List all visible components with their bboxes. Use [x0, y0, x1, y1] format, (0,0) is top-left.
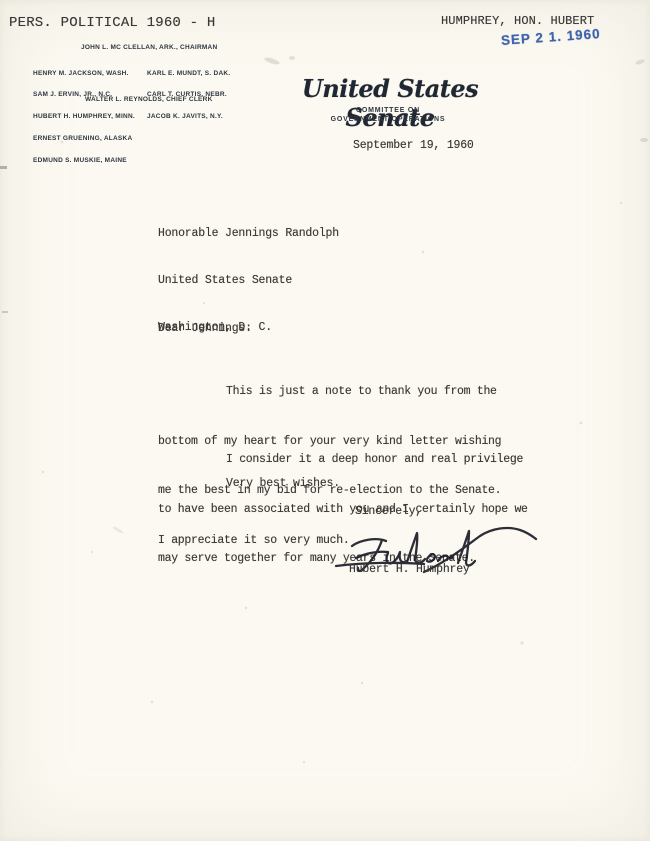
received-date-stamp: SEP 2 1. 1960	[500, 26, 601, 48]
index-label: HUMPHREY, HON. HUBERT	[441, 14, 594, 28]
letterhead-committee-name: COMMITTEE ON GOVERNMENT OPERATIONS	[268, 106, 508, 124]
file-label: PERS. POLITICAL 1960 - H	[9, 15, 215, 31]
committee-member: ERNEST GRUENING, ALASKA	[33, 135, 135, 142]
letterhead-chief-clerk: WALTER L. REYNOLDS, CHIEF CLERK	[85, 96, 213, 103]
scanned-letter-page: PERS. POLITICAL 1960 - H HUMPHREY, HON. …	[0, 0, 650, 841]
committee-member: EDMUND S. MUSKIE, MAINE	[33, 157, 135, 164]
letter-date: September 19, 1960	[353, 139, 474, 152]
committee-member: HENRY M. JACKSON, WASH.	[33, 70, 135, 77]
letterhead-members-left: HENRY M. JACKSON, WASH. SAM J. ERVIN, JR…	[33, 55, 135, 179]
recipient-line: Honorable Jennings Randolph	[158, 226, 339, 242]
committee-line: GOVERNMENT OPERATIONS	[268, 115, 508, 124]
body-line: I consider it a deep honor and real priv…	[158, 452, 528, 469]
signature-b	[407, 533, 425, 563]
typed-signature-name: Hubert H. Humphrey	[349, 563, 470, 576]
recipient-address: Honorable Jennings Randolph United State…	[158, 194, 339, 368]
signature-e	[427, 554, 435, 561]
committee-member: HUBERT H. HUMPHREY, MINN.	[33, 113, 135, 120]
body-line: This is just a note to thank you from th…	[158, 384, 501, 401]
committee-line: COMMITTEE ON	[268, 106, 508, 115]
committee-member: KARL E. MUNDT, S. DAK.	[147, 70, 230, 77]
closing-sentence: Very best wishes.	[226, 477, 340, 490]
letterhead-chairman: JOHN L. MC CLELLAN, ARK., CHAIRMAN	[81, 44, 217, 51]
signature-t-stem	[458, 531, 475, 565]
signature-h-crossbar	[356, 552, 388, 558]
salutation: Dear Jennings:	[158, 322, 252, 335]
committee-member: JACOB K. JAVITS, N.Y.	[147, 113, 230, 120]
recipient-line: United States Senate	[158, 273, 339, 289]
